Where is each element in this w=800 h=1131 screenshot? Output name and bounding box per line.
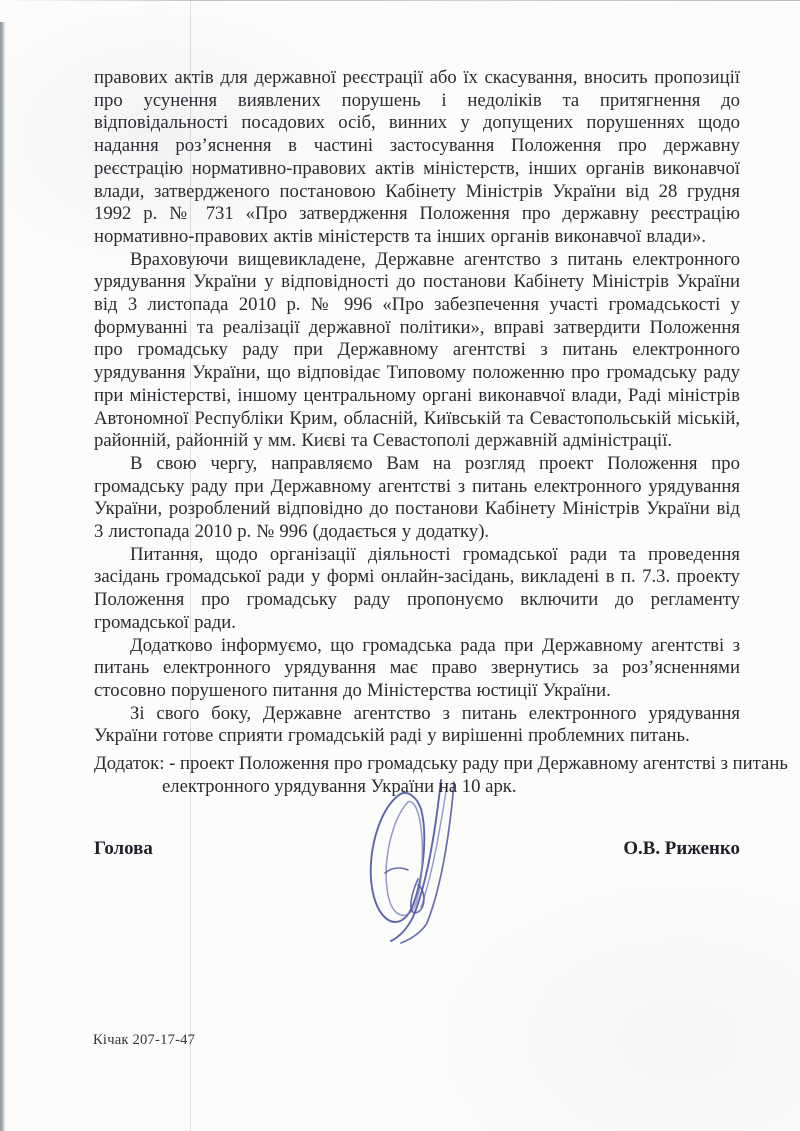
body-paragraph: Питання, щодо організації діяльності гро… (94, 544, 740, 635)
body-paragraph: правових актів для державної реєстрації … (94, 67, 740, 249)
scan-left-edge-shadow (0, 22, 6, 1131)
body-paragraph: Зі свого боку, Державне агентство з пита… (94, 703, 740, 748)
signer-role: Голова (94, 838, 153, 860)
body-paragraph: Додатково інформуємо, що громадська рада… (94, 635, 740, 703)
scan-top-edge-line (0, 0, 800, 1)
body-paragraph: Враховуючи вищевикладене, Державне агент… (94, 249, 740, 453)
letter-body: правових актів для державної реєстрації … (94, 67, 740, 748)
signature-ink (363, 775, 468, 950)
signer-name: О.В. Риженко (623, 838, 740, 860)
executor-reference: Кічак 207-17-47 (93, 1032, 195, 1049)
body-paragraph: В свою чергу, направляємо Вам на розгляд… (94, 453, 740, 544)
scanned-letter-page: правових актів для державної реєстрації … (0, 0, 800, 1131)
